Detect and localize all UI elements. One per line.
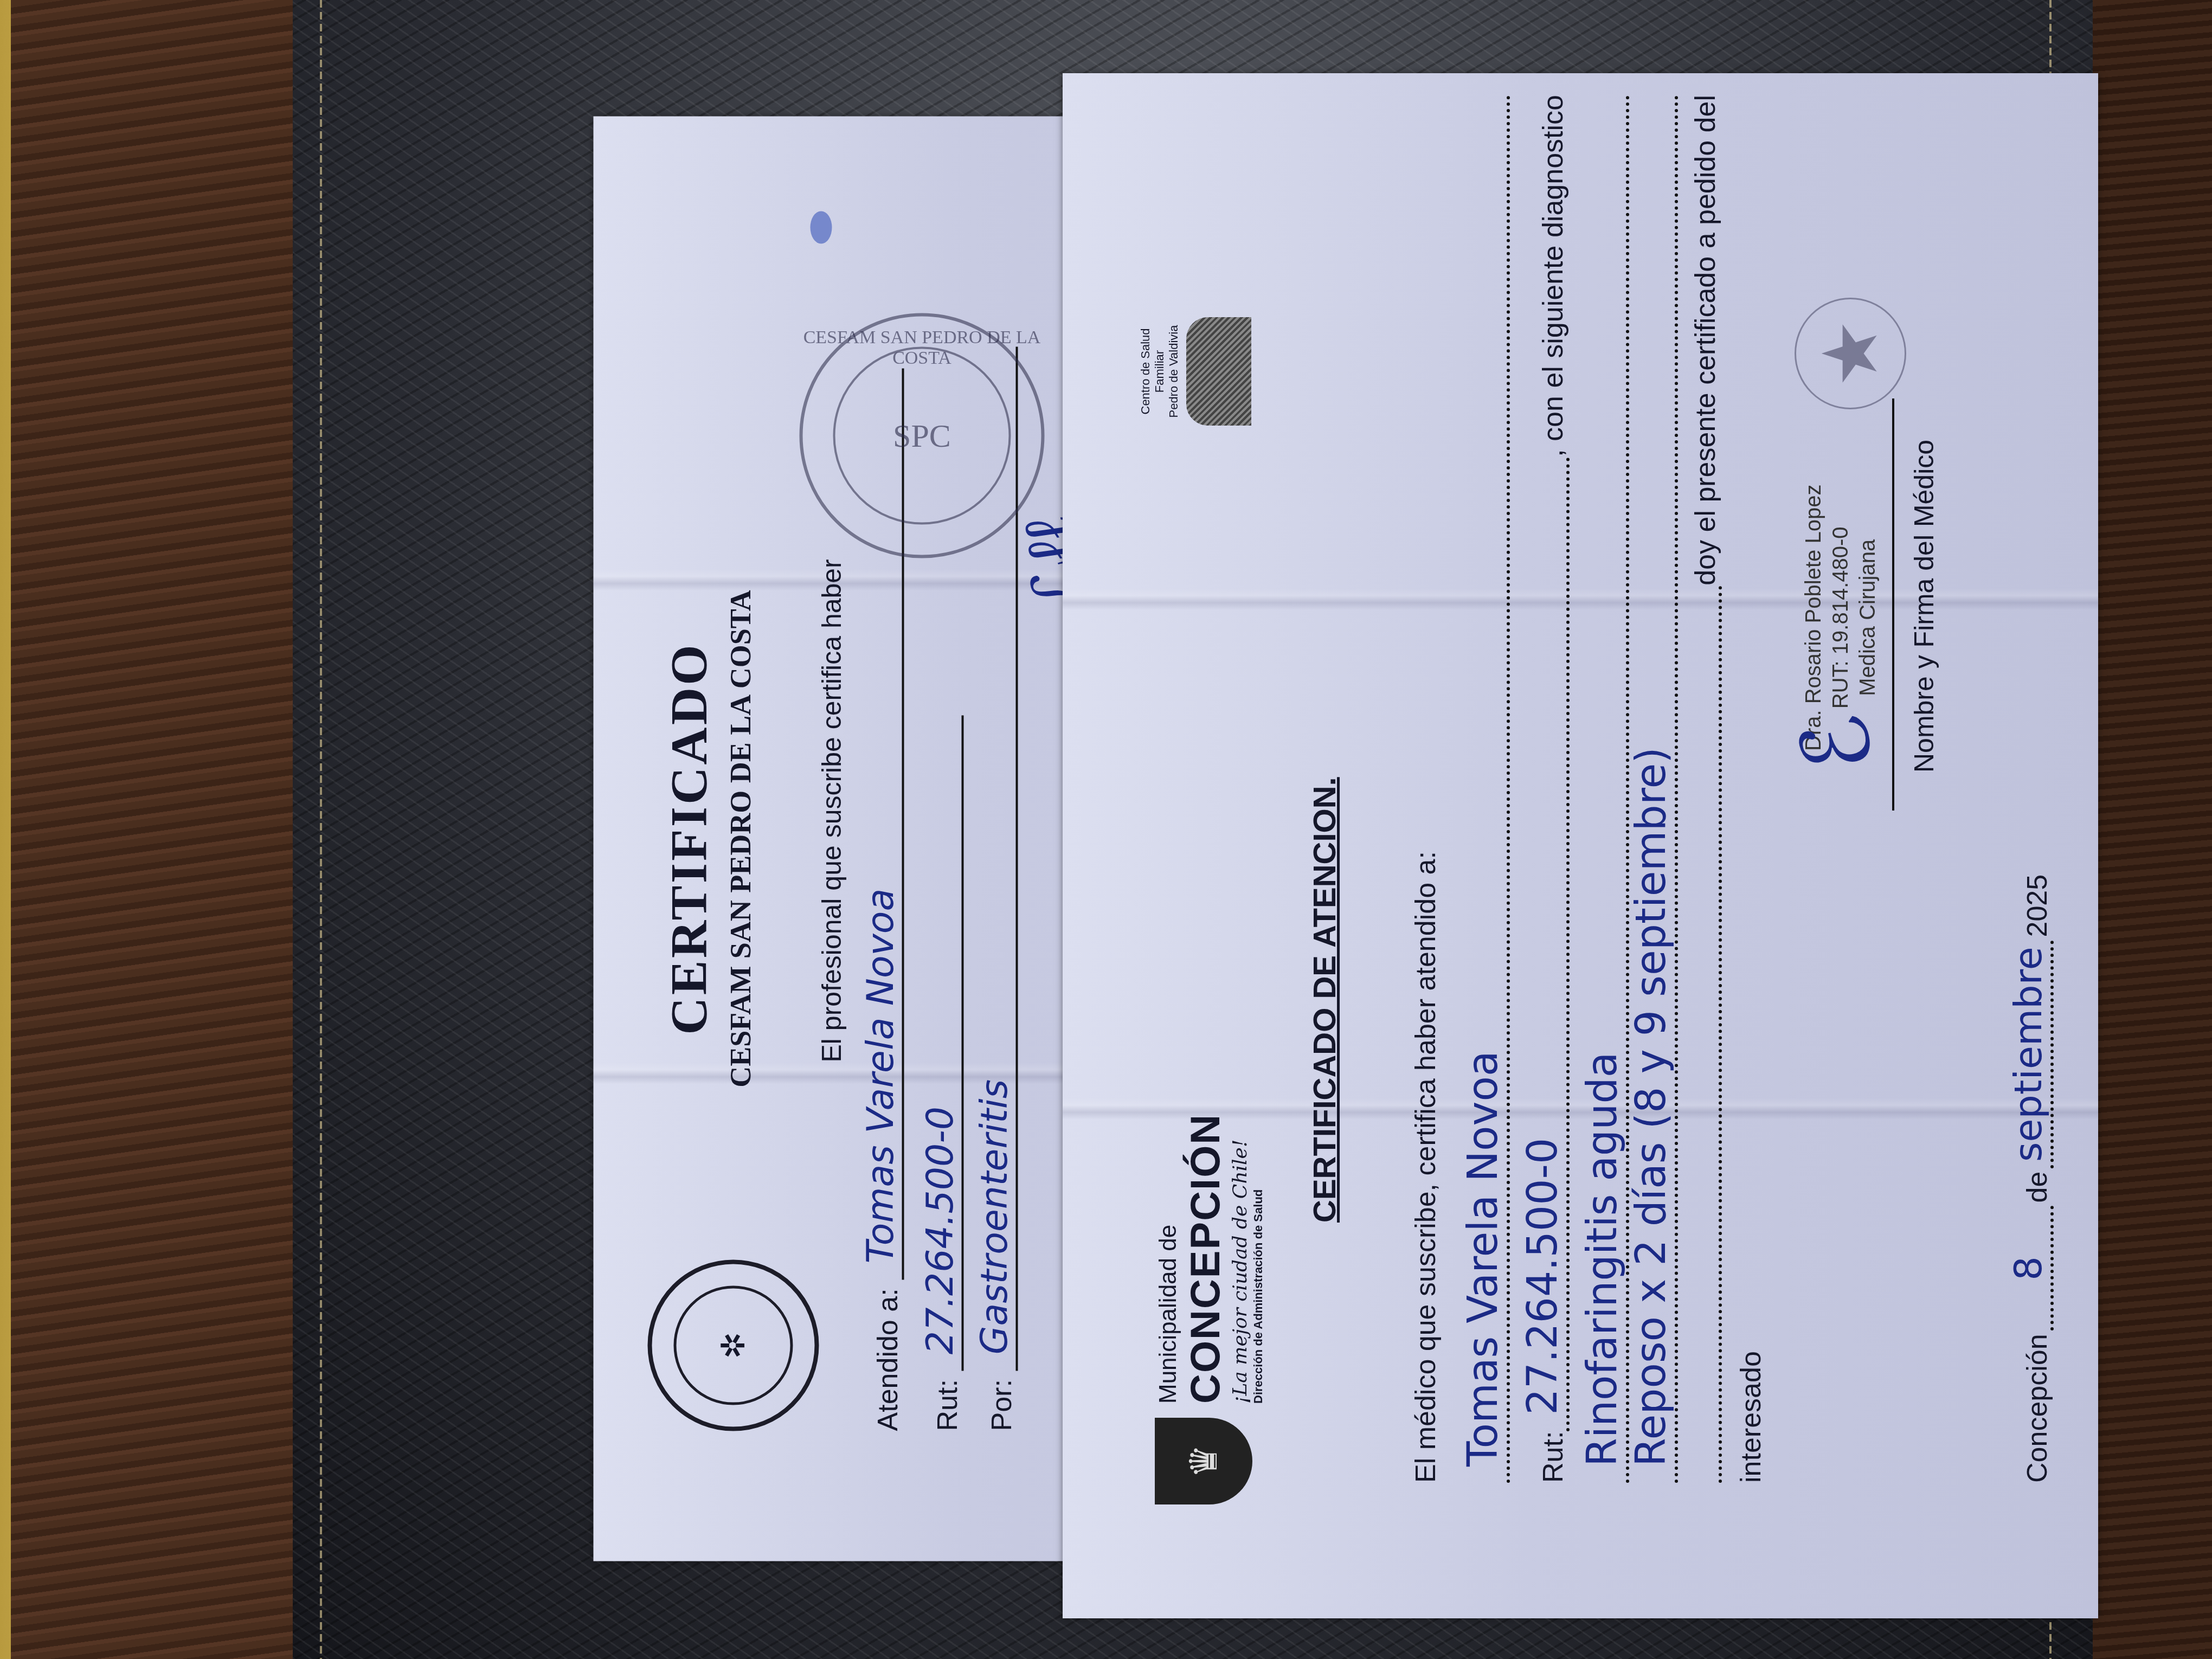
request-row: doy el presente certificado a pedido del bbox=[1681, 95, 1722, 1483]
municipality-name: CONCEPCIÓN bbox=[1182, 1114, 1229, 1404]
dotted-line bbox=[1681, 586, 1722, 1483]
diagnosis-suffix: , con el siguiente diagnostico bbox=[1537, 95, 1570, 457]
field-line: 27.264.500-0 bbox=[919, 716, 964, 1371]
intro-text: El médico que suscribe, certifica haber … bbox=[1410, 851, 1442, 1483]
diagnosis-row: Rinofaringitis aguda bbox=[1578, 95, 1629, 1483]
date-day: 8 bbox=[2006, 1256, 2050, 1281]
signature-line bbox=[1892, 398, 1894, 811]
ink-blot bbox=[811, 211, 832, 244]
patient-row: Tomas Varela Novoa bbox=[1458, 95, 1510, 1483]
patient-name-handwritten: Tomas Varela Novoa bbox=[1458, 1051, 1507, 1467]
municipality-department: Dirección de Administración de Salud bbox=[1251, 1114, 1265, 1404]
diagnosis-handwritten: Rinofaringitis aguda bbox=[1578, 1052, 1626, 1467]
intro-row: El médico que suscribe, certifica haber … bbox=[1410, 182, 1442, 1483]
field-label: Rut: bbox=[931, 1379, 964, 1431]
field-rut: Rut: 27.264.500-0 bbox=[919, 716, 964, 1431]
diagnosis-handwritten: Gastroenteritis bbox=[973, 1079, 1016, 1354]
date-month: septiembre bbox=[2006, 947, 2050, 1162]
date-month-field: septiembre bbox=[2006, 941, 2054, 1168]
intro-text: El profesional que suscribe certifica ha… bbox=[816, 559, 847, 1062]
cesfam-pedro-de-valdivia-logo: Centro de Salud Familiar Pedro de Valdiv… bbox=[1139, 306, 1251, 436]
field-label: Por: bbox=[986, 1379, 1018, 1431]
patient-name-handwritten: Tomas Varela Novoa bbox=[859, 889, 902, 1264]
municipality-text: Municipalidad de CONCEPCIÓN ¡La mejor ci… bbox=[1155, 1114, 1265, 1404]
request-text: doy el presente certificado a pedido del bbox=[1689, 95, 1722, 586]
family-illustration-icon bbox=[1186, 317, 1251, 426]
dotted-line: 27.264.500-0 bbox=[1518, 457, 1570, 1431]
folder-stitching-left bbox=[320, 0, 322, 1659]
dotted-line: Tomas Varela Novoa bbox=[1458, 95, 1510, 1483]
cesfam-logo-line1: Centro de Salud Familiar bbox=[1139, 306, 1167, 436]
stamp-center: SPC bbox=[833, 347, 1011, 525]
municipality-line1: Municipalidad de bbox=[1155, 1114, 1182, 1404]
field-blank bbox=[1027, 347, 1068, 1431]
field-label: Atendido a: bbox=[872, 1288, 904, 1431]
date-year: 2025 bbox=[2021, 874, 2054, 937]
date-line: Concepción 8 de septiembre 2025 bbox=[2006, 874, 2054, 1483]
municipality-header: ♛ Municipalidad de CONCEPCIÓN ¡La mejor … bbox=[1155, 1114, 1265, 1504]
rut-handwritten: 27.264.500-0 bbox=[919, 1107, 962, 1354]
certificate-title: CERTIFICADO bbox=[659, 117, 719, 1561]
place-label: Concepción bbox=[2021, 1334, 2054, 1483]
doctor-rut: RUT: 19.814.480-0 bbox=[1827, 485, 1854, 751]
star-stamp-icon: ★ bbox=[1795, 298, 1906, 409]
wooden-table bbox=[11, 0, 314, 1659]
rest-row: Reposo x 2 días (8 y 9 septiembre) bbox=[1626, 95, 1678, 1483]
date-sep: de bbox=[2021, 1172, 2054, 1203]
dotted-line: Reposo x 2 días (8 y 9 septiembre) bbox=[1626, 95, 1678, 1483]
doctor-signature: ℰ bbox=[1778, 705, 1896, 785]
field-line bbox=[1027, 347, 1068, 1431]
rest-days-handwritten: Reposo x 2 días (8 y 9 septiembre) bbox=[1626, 747, 1675, 1467]
certificate-title: CERTIFICADO DE ATENCION. bbox=[1307, 777, 1343, 1223]
concepcion-shield-icon: ♛ bbox=[1155, 1418, 1252, 1504]
request-end-row: interesado bbox=[1735, 1351, 1767, 1483]
doctor-name: Dra. Rosario Poblete Lopez bbox=[1800, 485, 1827, 751]
rut-label: Rut: bbox=[1537, 1431, 1570, 1483]
cesfam-stamp: CESFAM SAN PEDRO DE LA COSTA SPC bbox=[800, 313, 1045, 558]
signature-label: Nombre y Firma del Médico bbox=[1908, 440, 1940, 773]
dotted-line: Rinofaringitis aguda bbox=[1578, 95, 1629, 1483]
rut-handwritten: 27.264.500-0 bbox=[1518, 1138, 1566, 1415]
certificate-subtitle: CESFAM SAN PEDRO DE LA COSTA bbox=[724, 117, 757, 1561]
concepcion-attention-certificate: ♛ Municipalidad de CONCEPCIÓN ¡La mejor … bbox=[1063, 73, 2098, 1618]
stamp-ring-text: CESFAM SAN PEDRO DE LA COSTA bbox=[803, 327, 1041, 369]
date-day-field: 8 bbox=[2006, 1206, 2054, 1330]
request-text-end: interesado bbox=[1735, 1351, 1767, 1483]
municipality-tagline: ¡La mejor ciudad de Chile! bbox=[1229, 1114, 1251, 1404]
cesfam-logo-line2: Pedro de Valdivia bbox=[1167, 306, 1181, 436]
rut-row: Rut: 27.264.500-0 , con el siguiente dia… bbox=[1518, 95, 1570, 1483]
wooden-table-right bbox=[2093, 0, 2212, 1659]
